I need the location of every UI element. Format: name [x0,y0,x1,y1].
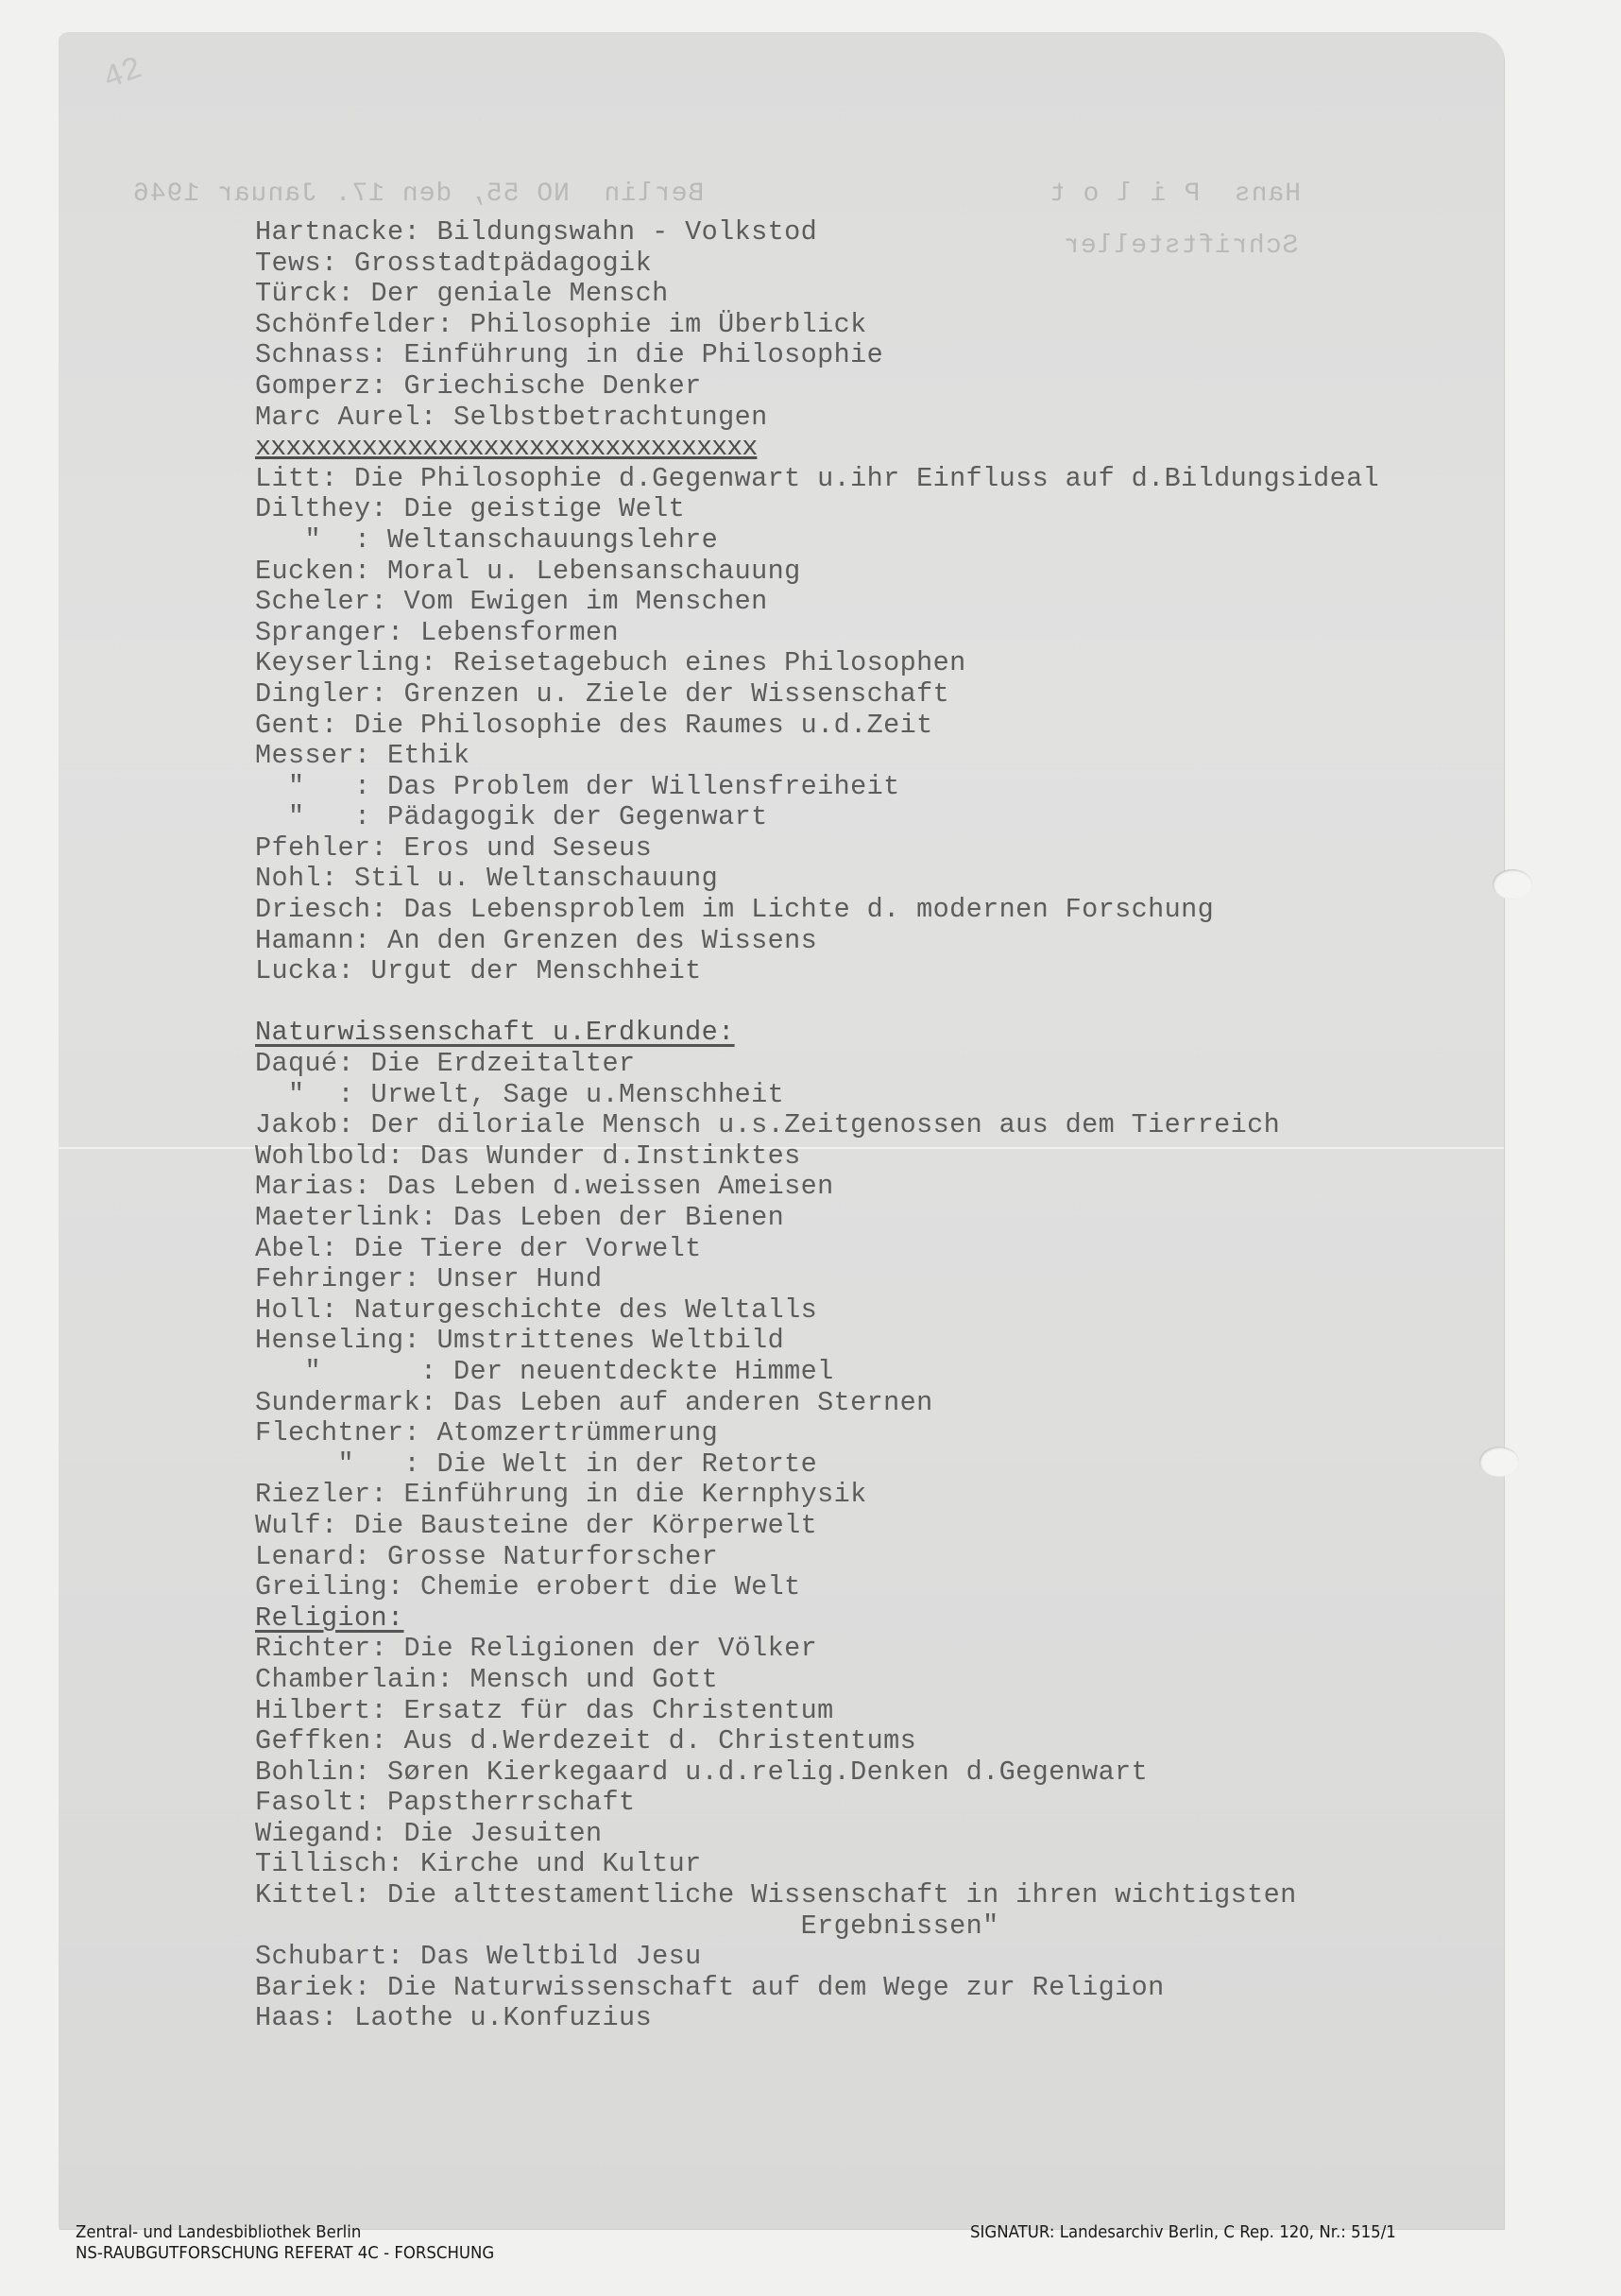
book-entry: " : Pädagogik der Gegenwart [255,802,1379,833]
book-entry: " : Die Welt in der Retorte [255,1449,1379,1481]
book-entry: Bariek: Die Naturwissenschaft auf dem We… [255,1973,1379,2004]
book-entry: Tews: Grosstadtpädagogik [255,248,1379,280]
book-entry: Marias: Das Leben d.weissen Ameisen [255,1172,1379,1203]
book-entry: Greiling: Chemie erobert die Welt [255,1572,1379,1603]
book-entry: " : Das Problem der Willensfreiheit [255,772,1379,803]
book-entry: Scheler: Vom Ewigen im Menschen [255,587,1379,618]
struck-out-line: xxxxxxxxxxxxxxxxxxxxxxxxxxxxxxxxx [255,433,1379,464]
book-entry: Spranger: Lebensformen [255,618,1379,649]
book-entry: Sundermark: Das Leben auf anderen Sterne… [255,1388,1379,1419]
footer-department: NS-RAUBGUTFORSCHUNG REFERAT 4C - FORSCHU… [76,2243,494,2264]
book-entry: Dilthey: Die geistige Welt [255,494,1379,525]
book-entry: Keyserling: Reisetagebuch eines Philosop… [255,648,1379,679]
book-entry: Driesch: Das Lebensproblem im Lichte d. … [255,895,1379,926]
book-entry: Hartnacke: Bildungswahn - Volkstod [255,217,1379,248]
book-entry: Chamberlain: Mensch und Gott [255,1665,1379,1696]
book-entry: Maeterlink: Das Leben der Bienen [255,1203,1379,1234]
section-heading: Religion: [255,1603,1379,1635]
book-entry: Fehringer: Unser Hund [255,1264,1379,1295]
book-entry: Türck: Der geniale Mensch [255,279,1379,310]
book-entry: Tillisch: Kirche und Kultur [255,1849,1379,1880]
book-entry: Richter: Die Religionen der Völker [255,1634,1379,1665]
book-entry: Litt: Die Philosophie d.Gegenwart u.ihr … [255,464,1379,495]
blank-line [255,987,1379,1019]
book-entry: " : Weltanschauungslehre [255,525,1379,557]
book-entry: Pfehler: Eros und Seseus [255,833,1379,865]
book-entry: Marc Aurel: Selbstbetrachtungen [255,403,1379,434]
book-entry: Schubart: Das Weltbild Jesu [255,1942,1379,1973]
book-entry: Messer: Ethik [255,741,1379,772]
book-entry: Schnass: Einführung in die Philosophie [255,340,1379,371]
book-entry: Wiegand: Die Jesuiten [255,1819,1379,1850]
book-entry: Jakob: Der diloriale Mensch u.s.Zeitgeno… [255,1110,1379,1141]
bleed-through-place-date: Berlin NO 55, den 17. Januar 1946 [132,180,704,209]
book-entry: Lenard: Grosse Naturforscher [255,1542,1379,1573]
book-entry: Lucka: Urgut der Menschheit [255,956,1379,987]
book-entry: " : Urwelt, Sage u.Menschheit [255,1080,1379,1111]
typewritten-book-list: Hartnacke: Bildungswahn - VolkstodTews: … [255,217,1379,2034]
footer-library-name: Zentral- und Landesbibliothek Berlin [76,2222,494,2243]
book-entry: Hamann: An den Grenzen des Wissens [255,926,1379,957]
footer-signature: SIGNATUR: Landesarchiv Berlin, C Rep. 12… [970,2222,1396,2243]
book-entry: Gent: Die Philosophie des Raumes u.d.Zei… [255,711,1379,742]
book-entry: Gomperz: Griechische Denker [255,371,1379,403]
punch-hole [1479,1447,1519,1477]
book-entry: Riezler: Einführung in die Kernphysik [255,1480,1379,1511]
footer-library: Zentral- und Landesbibliothek Berlin NS-… [76,2222,494,2264]
section-heading: Naturwissenschaft u.Erdkunde: [255,1018,1379,1049]
book-entry: Bohlin: Søren Kierkegaard u.d.relig.Denk… [255,1757,1379,1789]
book-entry: Ergebnissen" [255,1911,1379,1943]
book-entry: Hilbert: Ersatz für das Christentum [255,1696,1379,1727]
book-entry: Nohl: Stil u. Weltanschauung [255,864,1379,895]
punch-hole [1493,869,1532,900]
book-entry: Flechtner: Atomzertrümmerung [255,1418,1379,1449]
book-entry: " : Der neuentdeckte Himmel [255,1357,1379,1388]
book-entry: Daqué: Die Erdzeitalter [255,1049,1379,1080]
book-entry: Haas: Laothe u.Konfuzius [255,2003,1379,2034]
bleed-through-sender-name: Hans P i l o t [1049,180,1301,209]
book-entry: Abel: Die Tiere der Vorwelt [255,1234,1379,1265]
book-entry: Henseling: Umstrittenes Weltbild [255,1326,1379,1357]
book-entry: Kittel: Die alttestamentliche Wissenscha… [255,1880,1379,1911]
book-entry: Holl: Naturgeschichte des Weltalls [255,1295,1379,1327]
book-entry: Dingler: Grenzen u. Ziele der Wissenscha… [255,679,1379,711]
book-entry: Eucken: Moral u. Lebensanschauung [255,557,1379,588]
book-entry: Schönfelder: Philosophie im Überblick [255,310,1379,341]
book-entry: Fasolt: Papstherrschaft [255,1788,1379,1819]
book-entry: Wulf: Die Bausteine der Körperwelt [255,1511,1379,1542]
book-entry: Wohlbold: Das Wunder d.Instinktes [255,1141,1379,1173]
book-entry: Geffken: Aus d.Werdezeit d. Christentums [255,1726,1379,1757]
